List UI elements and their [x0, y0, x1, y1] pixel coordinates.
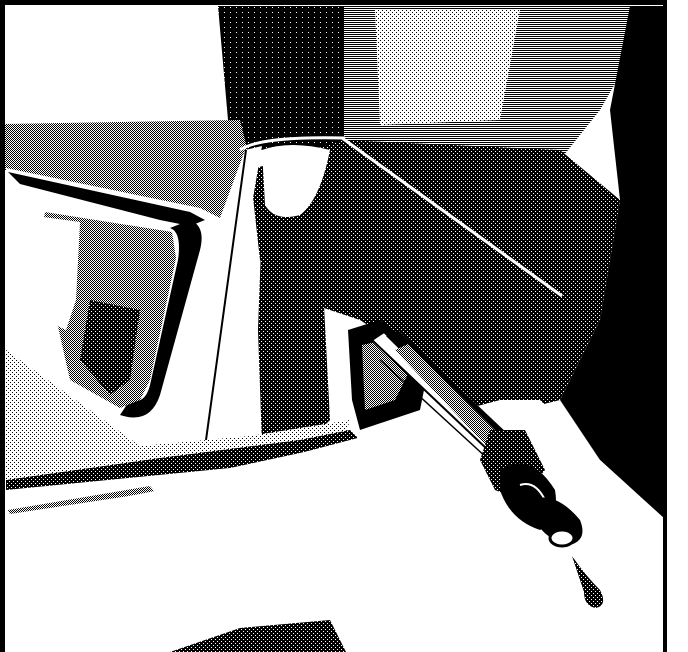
- scan-border-top-thick: [0, 0, 46, 5]
- background-wall-bright: [4, 6, 226, 124]
- scan-border-right: [663, 0, 667, 652]
- mirror-post: [258, 220, 330, 450]
- scan-border-top: [0, 0, 666, 5]
- scan-border-left: [0, 0, 5, 652]
- background-wall-highlight: [375, 10, 520, 125]
- halftone-photo: [0, 0, 688, 652]
